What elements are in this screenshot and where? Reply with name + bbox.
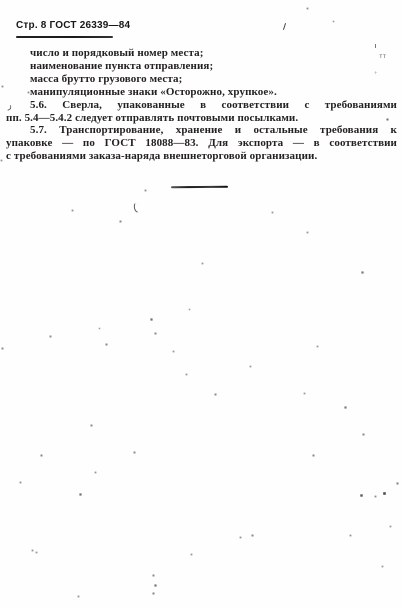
scan-slash-mark	[283, 23, 286, 30]
header-underline	[16, 36, 113, 38]
para-5-7-line-2: упаковке — по ГОСТ 18088—83. Для экспорт…	[6, 137, 397, 150]
list-line-gross-mass: масса брутто грузового места;	[6, 73, 397, 86]
list-line-handling-marks: манипуляционные знаки «Осторожно, хрупко…	[6, 86, 397, 99]
para-5-7-line-3: с требованиями заказа-наряда внешнеторго…	[6, 150, 397, 163]
scan-plus-speck: +	[374, 71, 377, 77]
scan-noise-specks	[0, 0, 1, 1]
document-text-block: число и порядковый номер места; наименов…	[6, 47, 397, 163]
para-5-6-line-1: 5.6. Сверла, упакованные в соответствии …	[6, 99, 397, 112]
section-divider	[171, 186, 228, 189]
para-5-7-line-1: 5.7. Транспортирование, хранение и остал…	[6, 124, 397, 137]
scan-smudge-mark: тт	[379, 53, 386, 60]
scanned-document-page: Стр. 8 ГОСТ 26339—84 число и порядковый …	[0, 0, 402, 607]
page-header: Стр. 8 ГОСТ 26339—84	[16, 20, 130, 31]
para-5-6-line-2: пп. 5.4—5.4.2 следует отправлять почтовы…	[6, 112, 397, 125]
list-line-place-number: число и порядковый номер места;	[6, 47, 397, 60]
scan-tick-mark	[375, 44, 376, 48]
list-line-departure-point: наименование пункта отправления;	[6, 60, 397, 73]
scan-curve-mark	[132, 203, 140, 212]
page-header-text: Стр. 8 ГОСТ 26339—84	[16, 20, 130, 31]
